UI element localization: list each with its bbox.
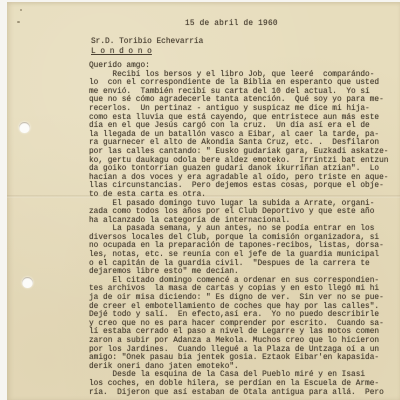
letter-page: 15 de abril de 1960 Sr.D. Toribio Echeva… xyxy=(7,2,400,400)
recipient-name: Sr.D. Toribio Echevarría xyxy=(91,38,203,46)
paragraph: El citado domingo comencé a ordenar en s… xyxy=(89,277,400,372)
recipient-city: L o n d o n o xyxy=(91,48,152,56)
paragraph: El pasado domingo tuvo lugar la subida a… xyxy=(89,200,400,226)
paper-speck xyxy=(20,9,22,11)
paper-speck xyxy=(17,21,20,23)
paragraph: Recibí los bersos y el libro Job, que le… xyxy=(89,71,400,200)
letter-body: Querido amgo: Recibí los bersos y el lib… xyxy=(89,62,400,397)
letter-date: 15 de abril de 1960 xyxy=(185,20,278,28)
paragraph: Desde la esquina de la Casa del Pueblo m… xyxy=(89,371,400,397)
paragraph: La pasada semana, y aun antes, no se pod… xyxy=(89,225,400,277)
fold-crease xyxy=(7,195,400,198)
salutation: Querido amgo: xyxy=(89,62,400,71)
punch-hole-top xyxy=(19,122,30,133)
punch-hole-bottom xyxy=(22,277,33,288)
